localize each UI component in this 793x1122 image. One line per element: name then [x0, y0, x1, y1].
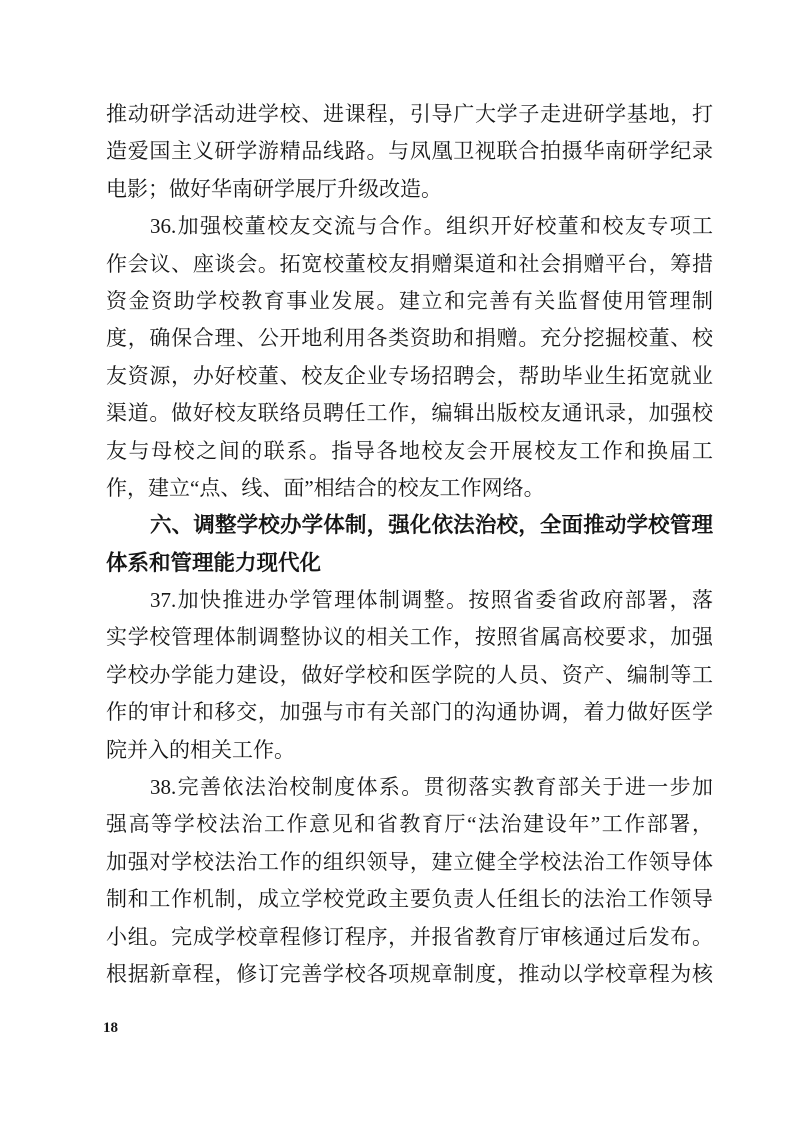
text-line: 电影；做好华南研学展厅升级改造。	[106, 171, 713, 208]
section-heading-line: 体系和管理能力现代化	[106, 545, 713, 582]
text-line: 资金资助学校教育事业发展。建立和完善有关监督使用管理制	[106, 283, 713, 320]
text-line: 加强对学校法治工作的组织领导，建立健全学校法治工作领导体	[106, 844, 713, 881]
text-line: 作的审计和移交，加强与市有关部门的沟通协调，着力做好医学	[106, 694, 713, 731]
text-line-item-36: 36.加强校董校友交流与合作。组织开好校董和校友专项工	[106, 208, 713, 245]
text-line: 作会议、座谈会。拓宽校董校友捐赠渠道和社会捐赠平台，筹措	[106, 246, 713, 283]
document-body: 推动研学活动进学校、进课程，引导广大学子走进研学基地，打 造爱国主义研学游精品线…	[106, 96, 713, 993]
text-line: 造爱国主义研学游精品线路。与凤凰卫视联合拍摄华南研学纪录	[106, 133, 713, 170]
text-line: 友资源，办好校董、校友企业专场招聘会，帮助毕业生拓宽就业	[106, 358, 713, 395]
text-line: 推动研学活动进学校、进课程，引导广大学子走进研学基地，打	[106, 96, 713, 133]
text-line-item-38: 38.完善依法治校制度体系。贯彻落实教育部关于进一步加	[106, 769, 713, 806]
text-line: 小组。完成学校章程修订程序，并报省教育厅审核通过后发布。	[106, 919, 713, 956]
text-line: 度，确保合理、公开地利用各类资助和捐赠。充分挖掘校董、校	[106, 320, 713, 357]
text-line-item-37: 37.加快推进办学管理体制调整。按照省委省政府部署，落	[106, 582, 713, 619]
text-line: 根据新章程，修订完善学校各项规章制度，推动以学校章程为核	[106, 956, 713, 993]
document-page: 推动研学活动进学校、进课程，引导广大学子走进研学基地，打 造爱国主义研学游精品线…	[0, 0, 793, 1122]
section-heading-line: 六、调整学校办学体制，强化依法治校，全面推动学校管理	[106, 507, 713, 544]
page-number: 18	[103, 1020, 118, 1037]
text-line: 实学校管理体制调整协议的相关工作，按照省属高校要求，加强	[106, 619, 713, 656]
text-line: 友与母校之间的联系。指导各地校友会开展校友工作和换届工	[106, 433, 713, 470]
text-line: 制和工作机制，成立学校党政主要负责人任组长的法治工作领导	[106, 881, 713, 918]
text-line: 院并入的相关工作。	[106, 732, 713, 769]
text-line: 渠道。做好校友联络员聘任工作，编辑出版校友通讯录，加强校	[106, 395, 713, 432]
text-line: 学校办学能力建设，做好学校和医学院的人员、资产、编制等工	[106, 657, 713, 694]
text-line: 强高等学校法治工作意见和省教育厅“法治建设年”工作部署，	[106, 806, 713, 843]
text-line: 作，建立“点、线、面”相结合的校友工作网络。	[106, 470, 713, 507]
